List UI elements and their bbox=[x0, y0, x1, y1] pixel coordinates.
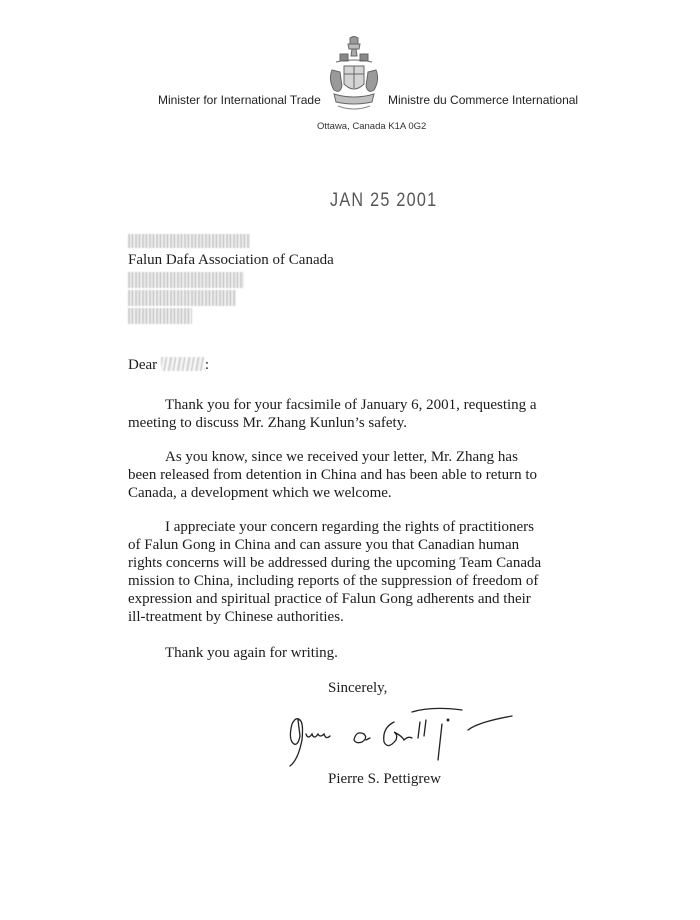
letterhead-title-fr: Ministre du Commerce International bbox=[388, 93, 578, 107]
recipient-organization: Falun Dafa Association of Canada bbox=[128, 252, 334, 269]
body-paragraph-3: I appreciate your concern regarding the … bbox=[128, 518, 548, 626]
letterhead-address: Ottawa, Canada K1A 0G2 bbox=[317, 121, 426, 132]
recipient-address-line-1-redacted bbox=[128, 272, 244, 288]
recipient-address-line-2-redacted bbox=[128, 290, 236, 306]
letterhead-title-en: Minister for International Trade bbox=[158, 93, 321, 107]
recipient-name-redacted bbox=[128, 234, 250, 248]
salutation-prefix: Dear bbox=[128, 357, 157, 373]
salutation: Dear : bbox=[128, 357, 209, 374]
recipient-address-line-3-redacted bbox=[128, 308, 192, 324]
paragraph-text: Thank you for your facsimile of January … bbox=[128, 396, 548, 432]
date-stamp: JAN 25 2001 bbox=[330, 190, 437, 212]
body-paragraph-4: Thank you again for writing. bbox=[128, 644, 548, 662]
coat-of-arms-icon bbox=[326, 36, 382, 114]
paragraph-text: As you know, since we received your lett… bbox=[128, 448, 548, 502]
salutation-suffix: : bbox=[205, 357, 209, 373]
body-paragraph-2: As you know, since we received your lett… bbox=[128, 448, 548, 502]
handwritten-signature-icon bbox=[282, 700, 522, 770]
body-paragraph-1: Thank you for your facsimile of January … bbox=[128, 396, 548, 432]
signer-name: Pierre S. Pettigrew bbox=[328, 771, 441, 788]
paragraph-text: Thank you again for writing. bbox=[128, 644, 548, 662]
paragraph-text: I appreciate your concern regarding the … bbox=[128, 518, 548, 626]
closing: Sincerely, bbox=[328, 680, 387, 697]
salutation-name-redacted bbox=[161, 357, 205, 371]
